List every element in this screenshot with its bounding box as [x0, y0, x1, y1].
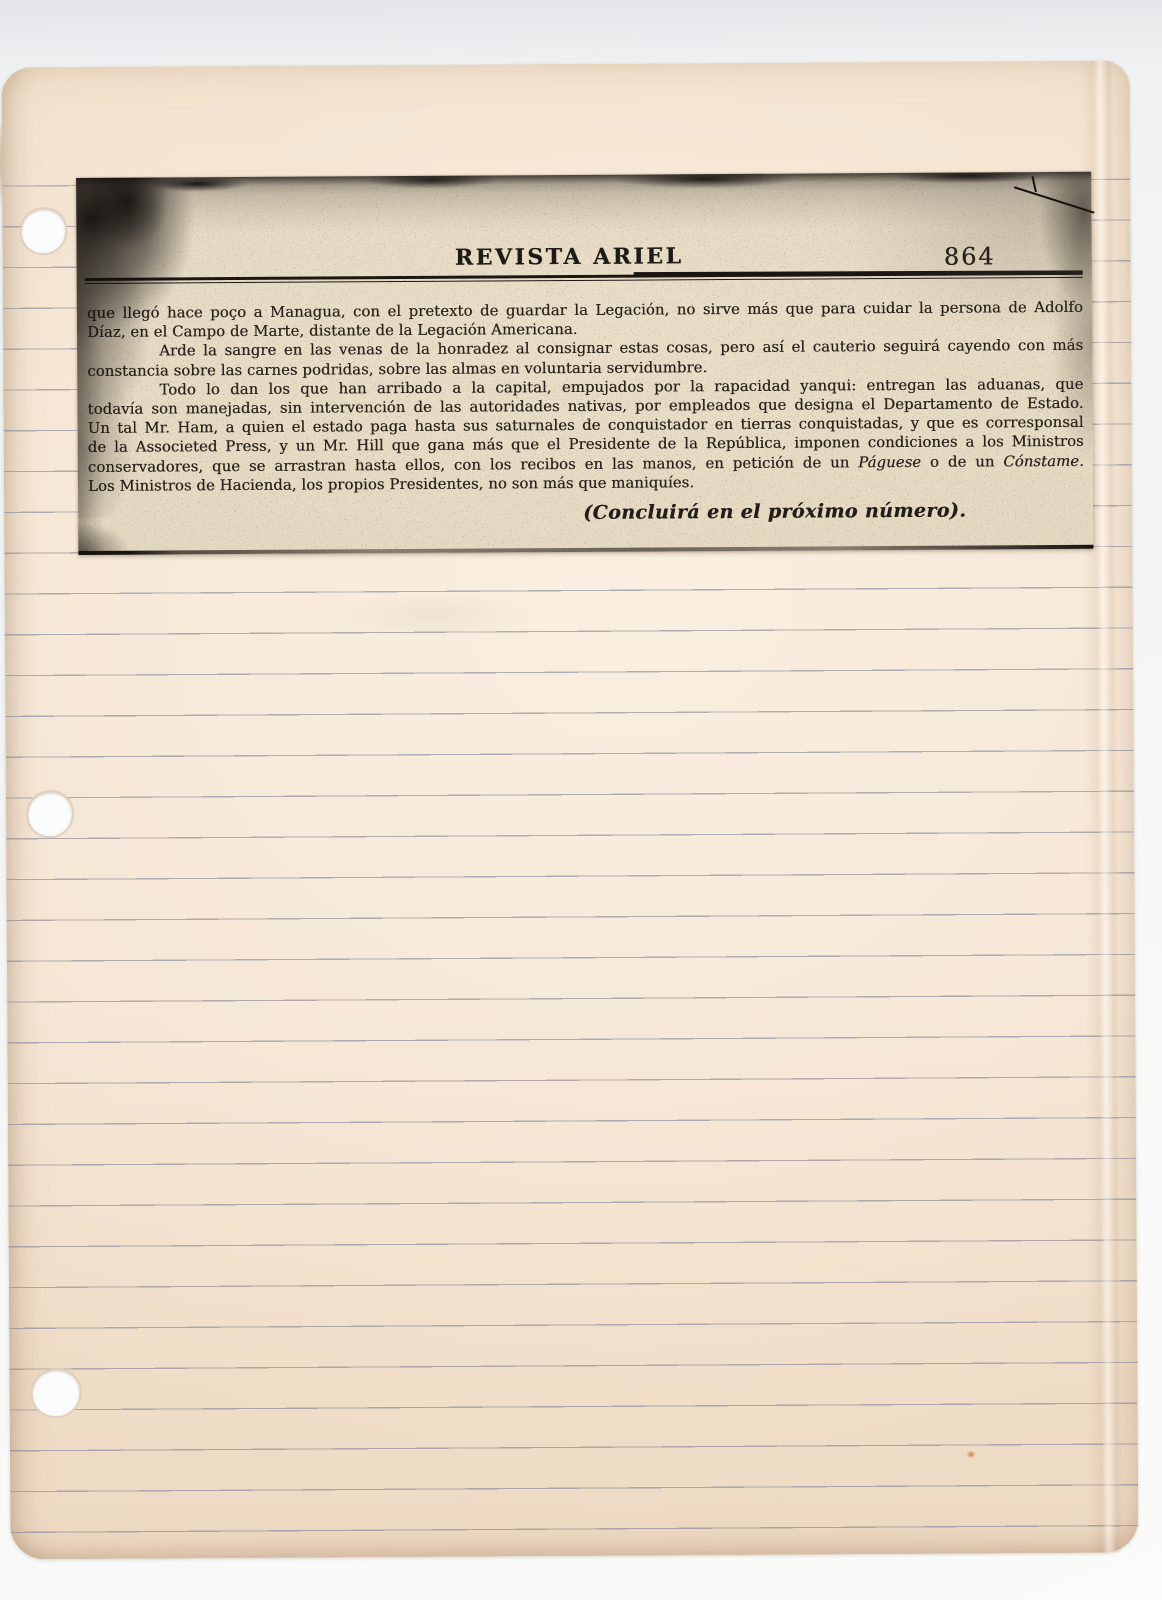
clipping-text-segment: .	[1079, 452, 1084, 469]
punch-hole-bottom	[32, 1370, 79, 1416]
italic-phrase: Cónstame	[1003, 452, 1079, 469]
masthead-rule-segment	[634, 270, 1083, 275]
crack-line	[1031, 176, 1036, 192]
clipping-text-segment: conservadores, que se arrastran hasta el…	[88, 454, 858, 476]
notebook-page: REVISTA ARIEL 864 que llegó hace poço a …	[1, 61, 1138, 1560]
toner-band-top	[76, 172, 1091, 234]
scanned-document: REVISTA ARIEL 864 que llegó hace poço a …	[0, 0, 1162, 1600]
clipping-text-segment: o de un	[921, 453, 1003, 471]
page-number: 864	[944, 242, 996, 270]
punch-hole-top	[21, 209, 65, 253]
closing-line: (Concluirá en el próximo número).	[88, 500, 966, 527]
paper-stain	[965, 1450, 977, 1460]
italic-phrase: Páguese	[858, 453, 921, 470]
masthead-title: REVISTA ARIEL	[77, 240, 1092, 274]
clipping-body-text: que llegó hace poço a Managua, con el pr…	[87, 298, 1084, 496]
punch-hole-middle	[28, 792, 72, 836]
crack-line	[1014, 186, 1095, 213]
newspaper-clipping: REVISTA ARIEL 864 que llegó hace poço a …	[76, 172, 1093, 555]
